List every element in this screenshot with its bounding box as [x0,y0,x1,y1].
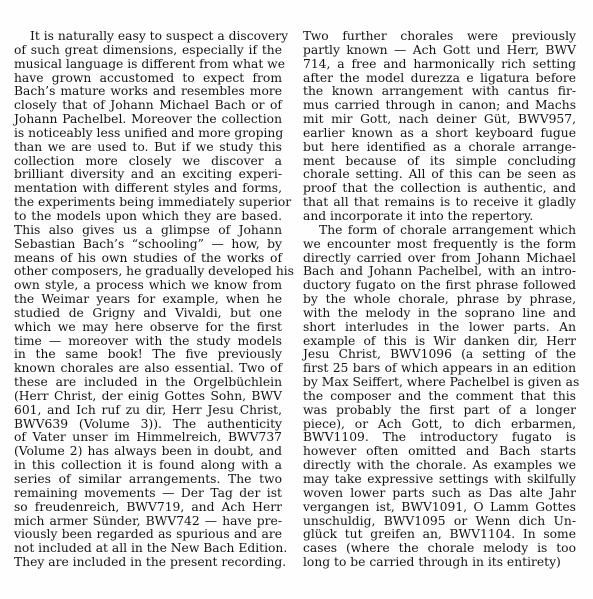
text-line: to the models upon which they are based. [14,210,282,224]
paragraph: The form of chorale arrangement whichwe … [303,224,576,570]
text-line: remaining movements — Der Tag der ist [14,487,282,501]
text-line: glück tut greifen an, BWV1104. In some [303,528,576,542]
text-line: with the melody in the soprano line and [303,307,576,321]
text-line: partly known — Ach Gott und Herr, BWV [303,44,576,58]
text-line: in the same book! The five previously [14,348,282,362]
text-line: mit mir Gott, nach deiner Güt, BWV957, [303,113,576,127]
text-line: mus carried through in canon; and Machs [303,99,576,113]
text-line: directly carried over from Johann Michae… [303,252,576,266]
text-line: the composer and the comment that this [303,390,576,404]
text-line: Johann Pachelbel. Moreover the collectio… [14,113,282,127]
text-line: these are included in the Orgelbüchlein [14,376,282,390]
text-line: series of similar arrangements. The two [14,473,282,487]
text-line: BWV1109. The introductory fugato is [303,431,576,445]
text-line: than we are used to. But if we study thi… [14,141,282,155]
text-line: may take expressive settings with skilfu… [303,473,576,487]
text-line: 714, a free and harmonically rich settin… [303,58,576,72]
text-line: after the model durezza e ligatura befor… [303,72,576,86]
text-line: mich armer Sünder, BWV742 — have pre- [14,515,282,529]
text-line: that all that remains is to receive it g… [303,196,576,210]
text-line: ment because of its simple concluding [303,155,576,169]
text-line: the Weimar years for example, when he [14,293,282,307]
text-line: cases (where the chorale melody is too [303,542,576,556]
text-line: unschuldig, BWV1095 or Wenn dich Un- [303,515,576,529]
paragraph: It is naturally easy to suspect a discov… [14,30,282,570]
text-line: long to be carried through in its entire… [303,556,576,570]
document-page: It is naturally easy to suspect a discov… [0,0,593,599]
text-line: example of this is Wir danken dir, Herr [303,335,576,349]
text-line: piece), or Ach Gott, to dich erbarmen, [303,418,576,432]
text-line: musical language is different from what … [14,58,282,72]
text-line: short interludes in the lower parts. An [303,321,576,335]
text-line: ductory fugato on the first phrase follo… [303,279,576,293]
text-line: we encounter most frequently is the form [303,238,576,252]
text-line: in this collection it is found along wit… [14,459,282,473]
text-line: vergangen ist, BWV1091, O Lamm Gottes [303,501,576,515]
text-line: Jesu Christ, BWV1096 (a setting of the [303,348,576,362]
text-line: means of his own studies of the works of [14,252,282,266]
text-line: Two further chorales were previously [303,30,576,44]
text-line: by the whole chorale, phrase by phrase, [303,293,576,307]
text-line: 601, and Ich ruf zu dir, Herr Jesu Chris… [14,404,282,418]
text-line: The form of chorale arrangement which [303,224,576,238]
text-line: brilliant diversity and an exciting expe… [14,168,282,182]
text-line: first 25 bars of which appears in an edi… [303,362,576,376]
text-line: This also gives us a glimpse of Johann [14,224,282,238]
text-line: They are included in the present recordi… [14,556,282,570]
text-line: mentation with different styles and form… [14,182,282,196]
text-line: have grown accustomed to expect from [14,72,282,86]
right-text-column: Two further chorales were previouslypart… [303,30,576,570]
text-line: known chorales are also essential. Two o… [14,362,282,376]
text-line: which we may here observe for the first [14,321,282,335]
text-line: woven lower parts such as Das alte Jahr [303,487,576,501]
text-line: time — moreover with the study models [14,335,282,349]
text-line: the known arrangement with cantus fir- [303,85,576,99]
text-line: was probably the first part of a longer [303,404,576,418]
paragraph: Two further chorales were previouslypart… [303,30,576,224]
text-line: directly with the chorale. As examples w… [303,459,576,473]
text-line: by Max Seiffert, where Pachelbel is give… [303,376,576,390]
text-line: (Volume 2) has always been in doubt, and [14,445,282,459]
text-line: chorale setting. All of this can be seen… [303,168,576,182]
text-line: It is naturally easy to suspect a discov… [14,30,282,44]
text-line: not included at all in the New Bach Edit… [14,542,282,556]
text-line: Bach and Johann Pachelbel, with an intro… [303,265,576,279]
text-line: (Herr Christ, der einig Gottes Sohn, BWV [14,390,282,404]
text-line: is noticeably less unified and more grop… [14,127,282,141]
text-line: BWV639 (Volume 3)). The authenticity [14,418,282,432]
text-line: but here identified as a chorale arrange… [303,141,576,155]
text-line: other composers, he gradually developed … [14,265,282,279]
text-line: proof that the collection is authentic, … [303,182,576,196]
text-line: closely that of Johann Michael Bach or o… [14,99,282,113]
text-line: of such great dimensions, especially if … [14,44,282,58]
text-line: Bach’s mature works and resembles more [14,85,282,99]
text-line: collection more closely we discover a [14,155,282,169]
text-line: however often omitted and Bach starts [303,445,576,459]
text-line: earlier known as a short keyboard fugue [303,127,576,141]
text-line: viously been regarded as spurious and ar… [14,528,282,542]
text-line: of Vater unser im Himmelreich, BWV737 [14,431,282,445]
text-line: the experiments being immediately superi… [14,196,282,210]
text-line: Sebastian Bach’s “schooling” — how, by [14,238,282,252]
text-line: so freudenreich, BWV719, and Ach Herr [14,501,282,515]
text-line: and incorporate it into the repertory. [303,210,576,224]
text-line: studied de Grigny and Vivaldi, but one [14,307,282,321]
left-text-column: It is naturally easy to suspect a discov… [14,30,282,570]
text-line: own style, a process which we know from [14,279,282,293]
